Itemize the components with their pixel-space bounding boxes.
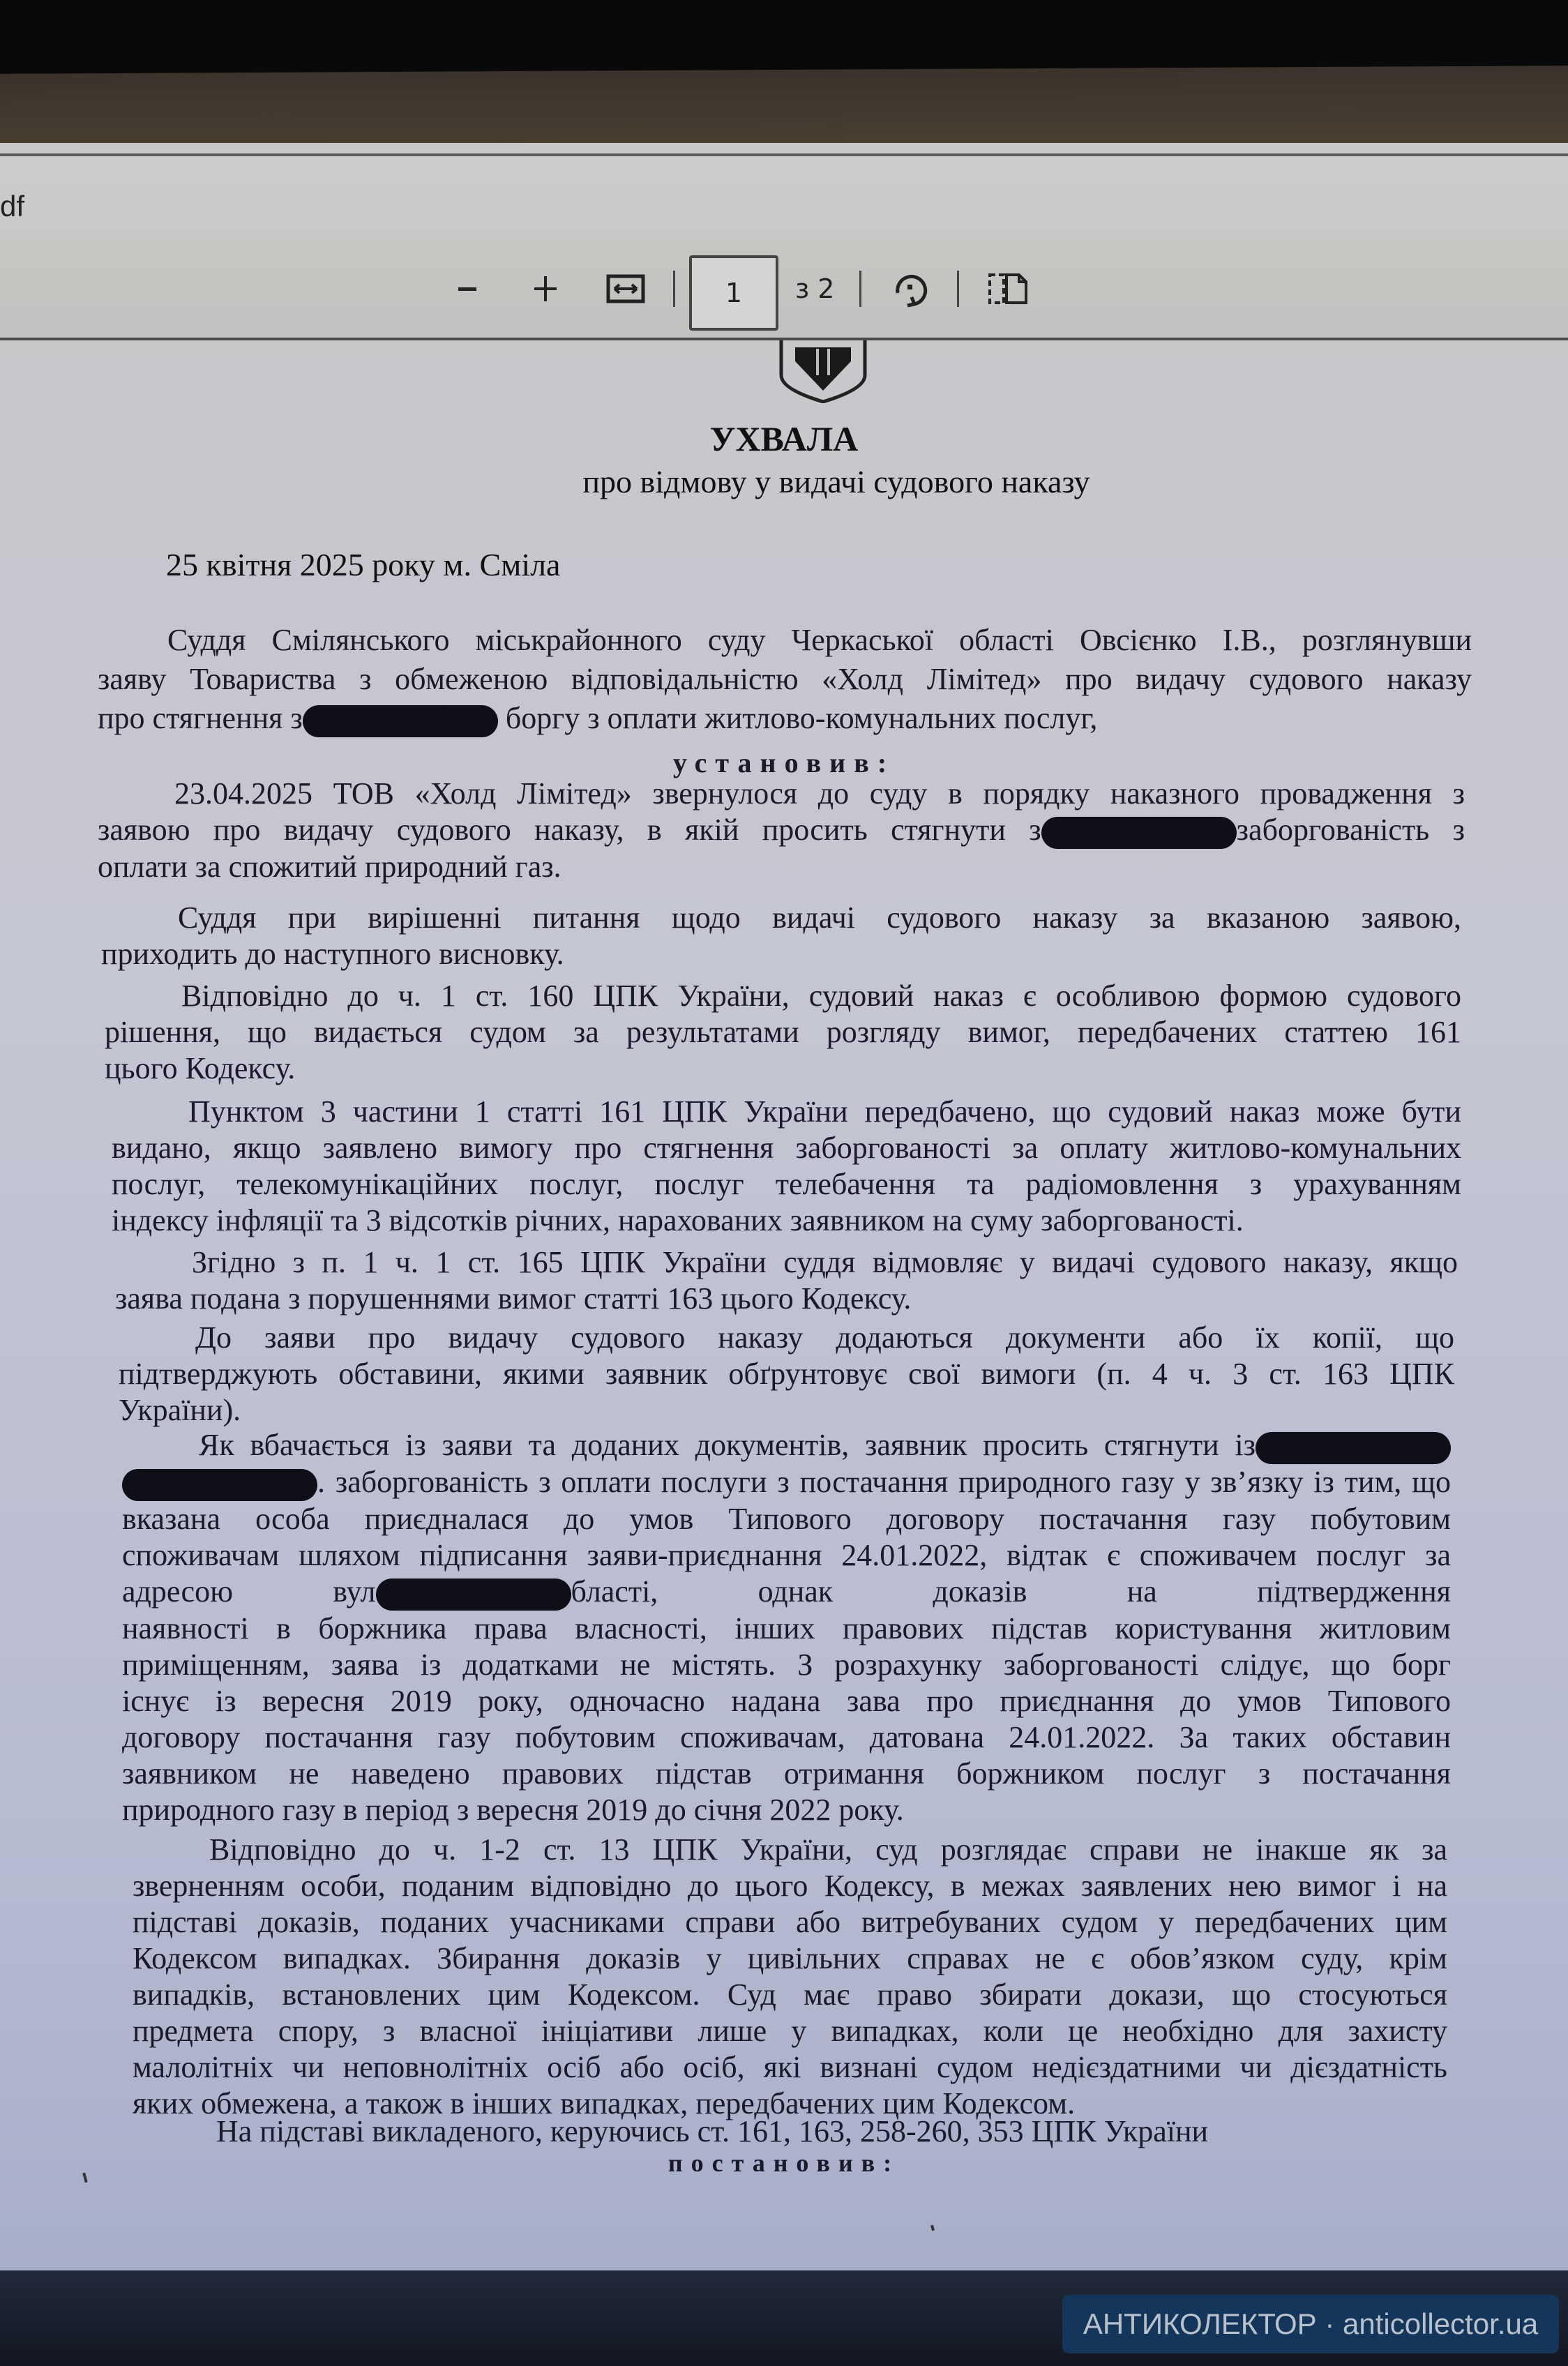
- text-line: приміщенням, заява із додатками не містя…: [122, 1647, 1451, 1683]
- text-line: Як вбачається із заяви та доданих докуме…: [122, 1427, 1451, 1464]
- monitor-bezel-top: [0, 0, 1568, 77]
- text-line: Згідно з п. 1 ч. 1 ст. 165 ЦПК України с…: [115, 1244, 1458, 1281]
- text-line: адресою вулбласті, однак доказів на підт…: [122, 1574, 1451, 1611]
- text-line: зверненням особи, поданим відповідно до …: [133, 1868, 1447, 1904]
- body-paragraph: 23.04.2025 ТОВ «Холд Лімітед» звернулося…: [98, 776, 1465, 885]
- intro-paragraph: Суддя Смілянського міськрайонного суду Ч…: [98, 621, 1472, 738]
- text-line: . заборгованість з оплати послуги з пост…: [122, 1464, 1451, 1501]
- pdf-toolbar: 1 з 2: [0, 240, 1568, 340]
- fit-width-button[interactable]: [601, 268, 650, 310]
- body-paragraph: Згідно з п. 1 ч. 1 ст. 165 ЦПК України с…: [115, 1244, 1458, 1317]
- two-page-view-icon: [987, 272, 1029, 306]
- watermark: АНТИКОЛЕКТОР · anticollector.ua: [1062, 2295, 1559, 2353]
- body-paragraph: До заяви про видачу судового наказу дода…: [119, 1320, 1454, 1429]
- text-line: Суддя Смілянського міськрайонного суду Ч…: [98, 621, 1472, 660]
- document-title: УХВАЛА: [0, 419, 1568, 459]
- text-line: підтверджують обставини, якими заявник о…: [119, 1356, 1454, 1392]
- text-line: 23.04.2025 ТОВ «Холд Лімітед» звернулося…: [98, 776, 1465, 812]
- text-line: Кодексом випадках. Збирання доказів у ци…: [133, 1941, 1447, 1977]
- redaction-mark: [1256, 1432, 1451, 1464]
- redaction-mark: [122, 1469, 317, 1501]
- text-line: заява подана з порушеннями вимог статті …: [115, 1281, 1458, 1317]
- established-heading: установив:: [0, 746, 1568, 779]
- text-line: заяву Товариства з обмеженою відповідаль…: [98, 660, 1472, 699]
- toolbar-separator: [673, 271, 675, 307]
- toolbar-separator: [859, 271, 861, 307]
- page-total: з 2: [795, 273, 834, 304]
- redaction-mark: [376, 1578, 571, 1611]
- text-line: про стягнення з боргу з оплати житлово-к…: [98, 699, 1472, 738]
- text-line: вказана особа приєдналася до умов Типово…: [122, 1501, 1451, 1537]
- body-paragraph: Як вбачається із заяви та доданих докуме…: [122, 1427, 1451, 1828]
- redaction-mark: [1041, 817, 1237, 849]
- text-line: заявою про видачу судового наказу, в які…: [98, 812, 1465, 849]
- two-page-view-button[interactable]: [983, 268, 1032, 310]
- text-line: До заяви про видачу судового наказу дода…: [119, 1320, 1454, 1356]
- text-line: індексу інфляції та 3 відсотків річних, …: [112, 1203, 1461, 1239]
- text-line: цього Кодексу.: [105, 1050, 1461, 1087]
- text-line: Суддя при вирішенні питання щодо видачі …: [101, 900, 1461, 936]
- text-line: заявником не наведено правових підстав о…: [122, 1756, 1451, 1792]
- text-line: послуг, телекомунікаційних послуг, послу…: [112, 1166, 1461, 1203]
- zoom-in-button[interactable]: [525, 268, 566, 310]
- minus-icon: [458, 287, 476, 291]
- text-line: малолітніх чи неповнолітніх осіб або осі…: [133, 2049, 1447, 2086]
- rotate-clockwise-icon: [891, 268, 930, 310]
- text-line: приходить до наступного висновку.: [101, 936, 1461, 972]
- text-line: підставі доказів, поданих учасниками спр…: [133, 1904, 1447, 1941]
- text-line: наявності в боржника права власності, ін…: [122, 1611, 1451, 1647]
- text-line: Пунктом 3 частини 1 статті 161 ЦПК Украї…: [112, 1094, 1461, 1130]
- body-paragraph: Відповідно до ч. 1 ст. 160 ЦПК України, …: [105, 978, 1461, 1087]
- text-line: Відповідно до ч. 1 ст. 160 ЦПК України, …: [105, 978, 1461, 1014]
- text-line: рішення, що видається судом за результат…: [105, 1014, 1461, 1050]
- coat-of-arms-icon: [767, 340, 879, 403]
- body-paragraph: Пунктом 3 частини 1 статті 161 ЦПК Украї…: [112, 1094, 1461, 1239]
- text-line: споживачам шляхом підписання заяви-приєд…: [122, 1537, 1451, 1574]
- text-line: видано, якщо заявлено вимогу про стягнен…: [112, 1130, 1461, 1166]
- text-line: предмета спору, з власної ініціативи лиш…: [133, 2013, 1447, 2049]
- text-line: випадків, встановлених цим Кодексом. Суд…: [133, 1977, 1447, 2013]
- tab-title[interactable]: df: [0, 190, 24, 223]
- body-paragraph: На підставі викладеного, керуючись ст. 1…: [216, 2113, 1262, 2150]
- redaction-mark: [303, 705, 498, 737]
- text-line: існує із вересня 2019 року, одночасно на…: [122, 1683, 1451, 1719]
- zoom-out-button[interactable]: [446, 268, 488, 310]
- date-place: 25 квітня 2025 року м. Сміла: [166, 546, 560, 583]
- text-line: природного газу в період з вересня 2019 …: [122, 1792, 1451, 1828]
- body-paragraph: Відповідно до ч. 1-2 ст. 13 ЦПК України,…: [133, 1832, 1447, 2122]
- text-line: України).: [119, 1392, 1454, 1429]
- fit-width-icon: [606, 273, 645, 304]
- text-line: Відповідно до ч. 1-2 ст. 13 ЦПК України,…: [133, 1832, 1447, 1868]
- text-line: оплати за спожитий природний газ.: [98, 849, 1465, 885]
- document-subtitle: про відмову у видачі судового наказу: [0, 463, 1568, 500]
- tab-bar: df: [0, 153, 1568, 243]
- ruling-heading: постановив:: [0, 2148, 1568, 2178]
- toolbar-separator: [957, 271, 959, 307]
- rotate-button[interactable]: [886, 268, 935, 310]
- text-line: На підставі викладеного, керуючись ст. 1…: [216, 2113, 1262, 2150]
- plus-icon: [533, 275, 558, 303]
- current-page: 1: [725, 278, 742, 308]
- page-number-input[interactable]: 1: [689, 255, 778, 331]
- text-line: договору постачання газу побутовим спожи…: [122, 1719, 1451, 1756]
- body-paragraph: Суддя при вирішенні питання щодо видачі …: [101, 900, 1461, 972]
